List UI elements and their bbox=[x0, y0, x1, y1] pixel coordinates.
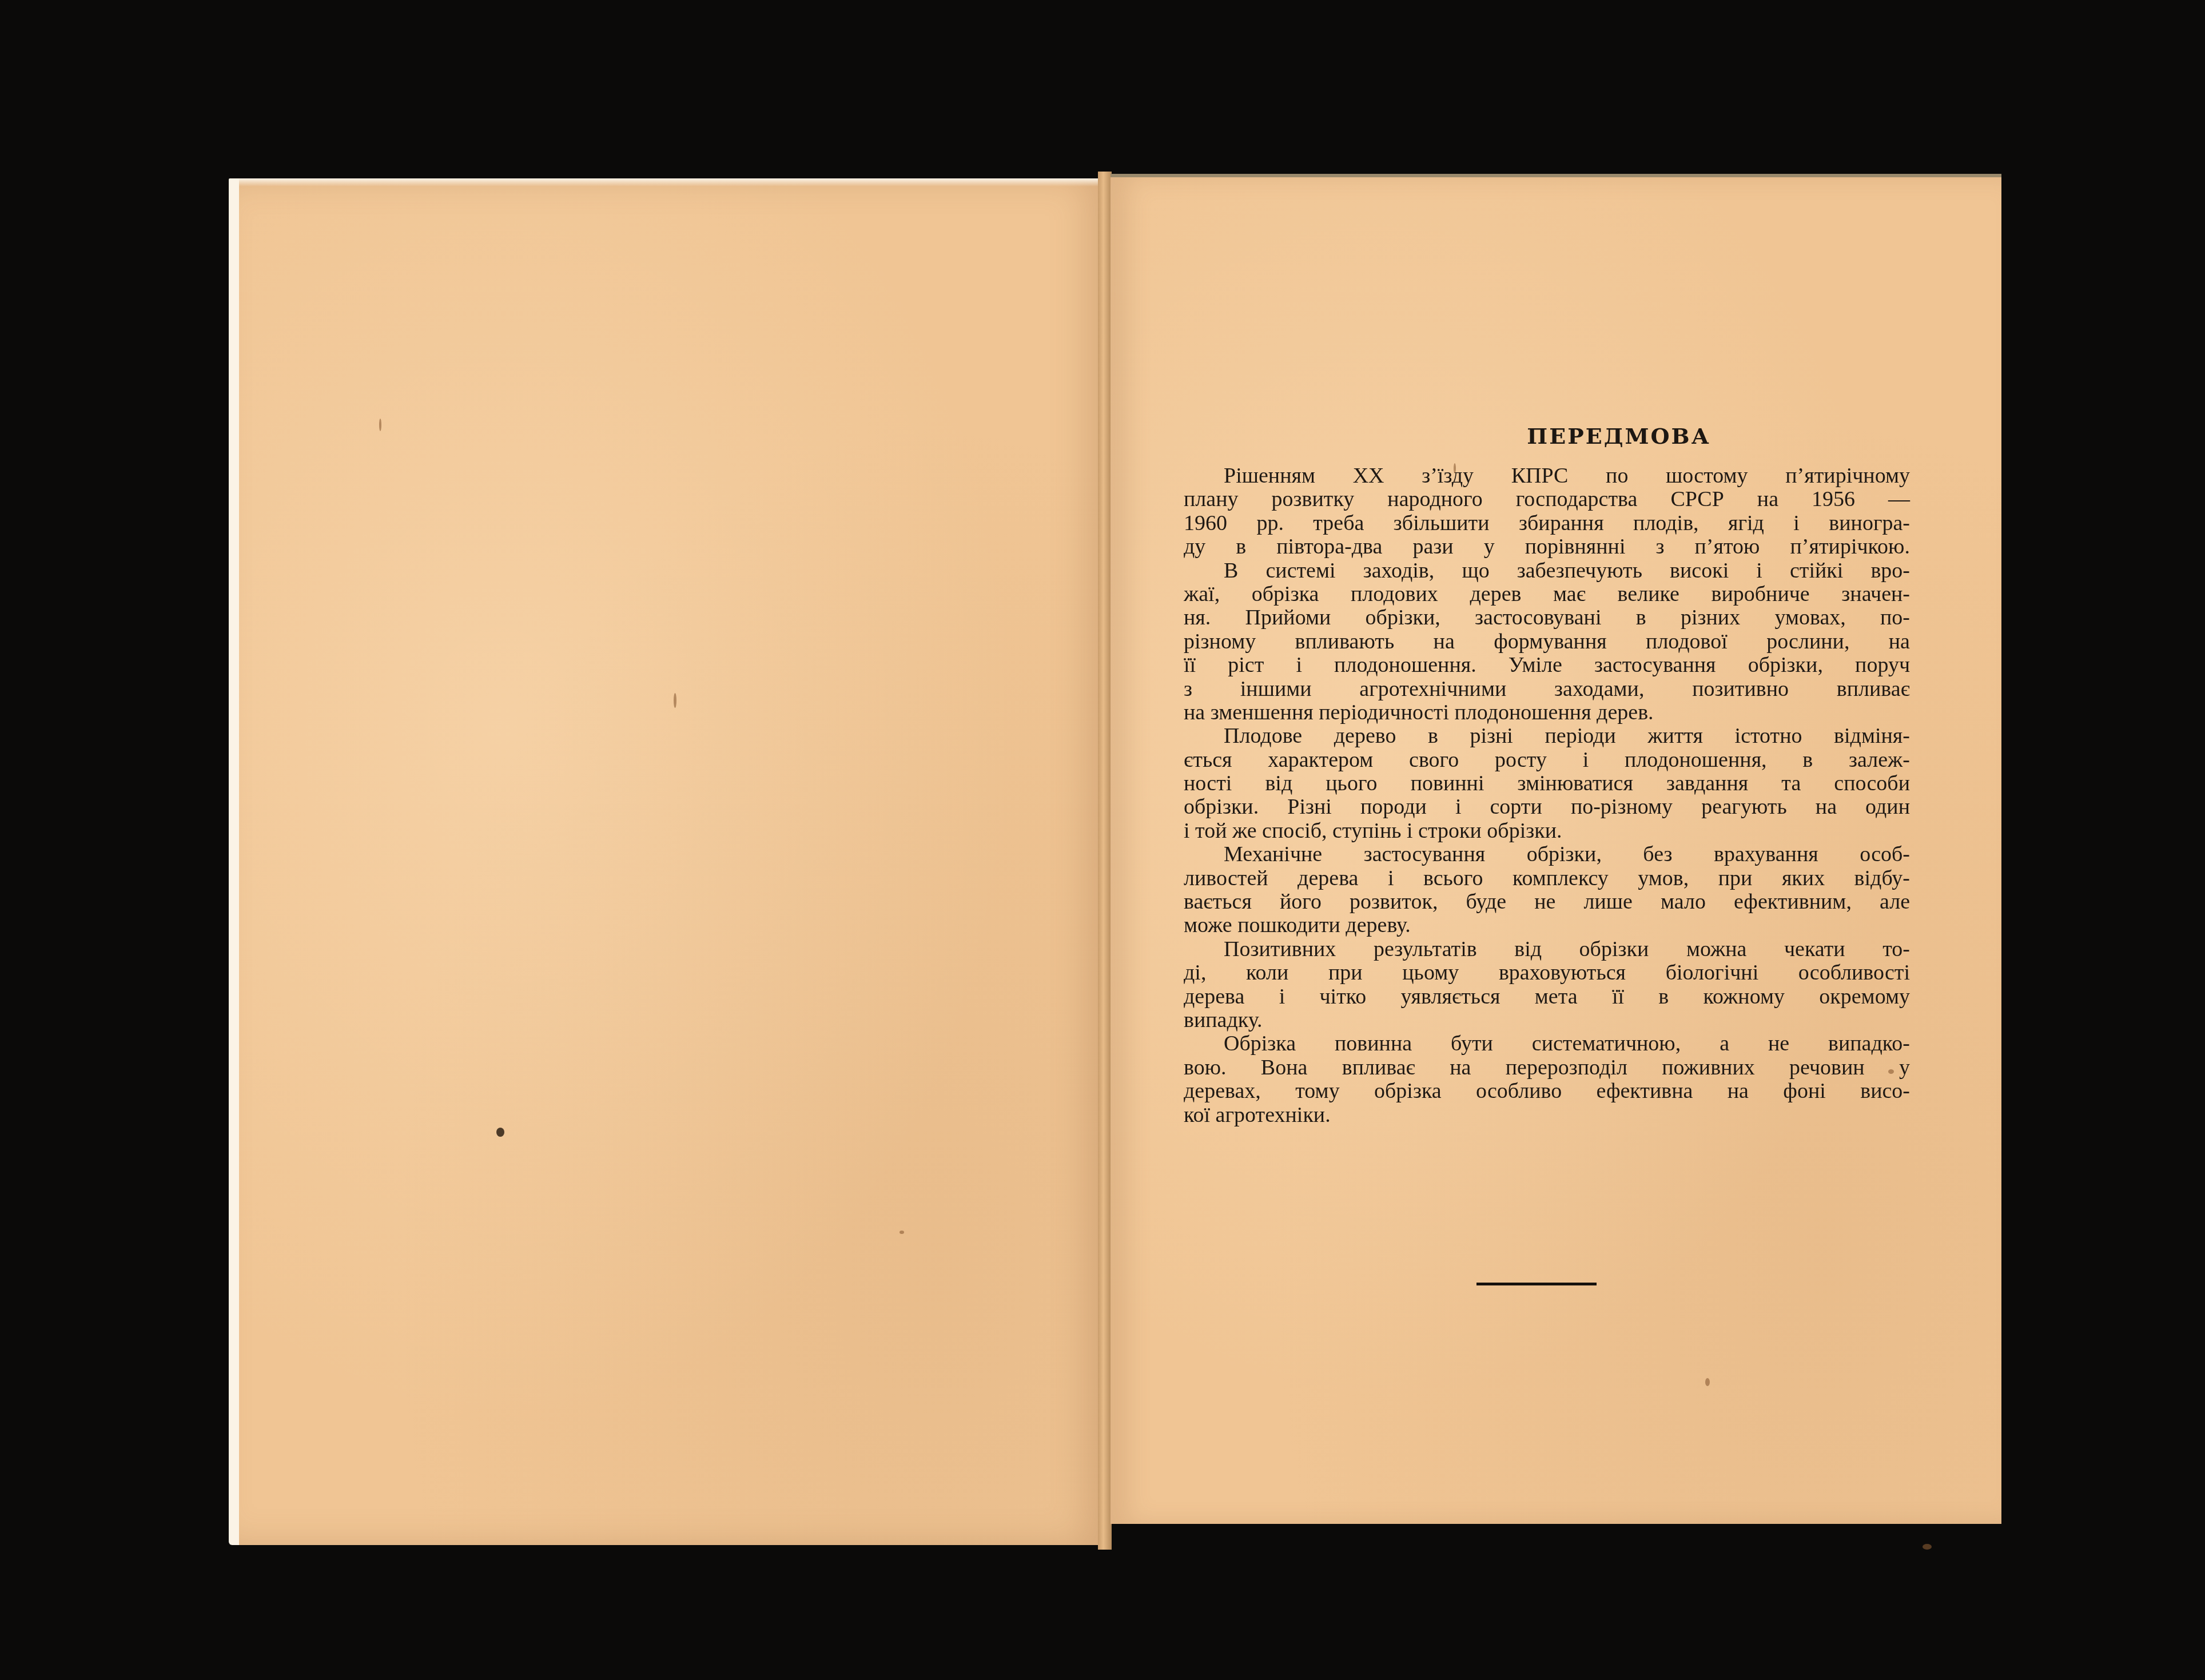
text-line: і той же спосіб, ступінь і строки обрізк… bbox=[1184, 819, 1910, 843]
text-line: ності від цього повинні змінюватися завд… bbox=[1184, 772, 1910, 795]
paragraph-3: Плодове дерево в різні періоди життя іст… bbox=[1184, 724, 1910, 843]
preface-body: Рішенням XX з’їзду КПРС по шостому п’яти… bbox=[1184, 464, 1910, 1127]
text-line: з іншими агротехнічними заходами, позити… bbox=[1184, 678, 1910, 701]
text-line: дерева і чітко уявляється мета її в кожн… bbox=[1184, 985, 1910, 1009]
text-line: ді, коли при цьому враховуються біологіч… bbox=[1184, 961, 1910, 985]
text-line: вою. Вона впливає на перерозподіл поживн… bbox=[1184, 1056, 1910, 1080]
left-page bbox=[229, 178, 1109, 1545]
text-line: вається його розвиток, буде не лише мало… bbox=[1184, 890, 1910, 914]
text-line: ня. Прийоми обрізки, застосовувані в різ… bbox=[1184, 606, 1910, 630]
paragraph-4: Механічне застосування обрізки, без врах… bbox=[1184, 843, 1910, 938]
text-line: Позитивних результатів від обрізки можна… bbox=[1184, 938, 1910, 961]
paper-speck bbox=[899, 1231, 904, 1234]
text-line: її ріст і плодоношення. Уміле застосуван… bbox=[1184, 654, 1910, 677]
paper-speck bbox=[674, 693, 676, 708]
text-line: на зменшення періодичності плодоношення … bbox=[1184, 701, 1910, 724]
text-line: може пошкодити дереву. bbox=[1184, 914, 1910, 937]
text-line: випадку. bbox=[1184, 1009, 1910, 1032]
book-gutter bbox=[1098, 172, 1112, 1550]
text-line: ду в півтора-два рази у порівнянні з п’я… bbox=[1184, 535, 1910, 559]
text-line: ливостей дерева і всього комплексу умов,… bbox=[1184, 867, 1910, 890]
text-line: В системі заходів, що забезпечують висок… bbox=[1184, 559, 1910, 583]
text-line: деревах, тому обрізка особливо ефективна… bbox=[1184, 1080, 1910, 1103]
paper-speck bbox=[1923, 1544, 1932, 1550]
text-line: різному впливають на формування плодової… bbox=[1184, 630, 1910, 654]
paragraph-1: Рішенням XX з’їзду КПРС по шостому п’яти… bbox=[1184, 464, 1910, 559]
paragraph-6: Обрізка повинна бути систематичною, а не… bbox=[1184, 1032, 1910, 1127]
text-line: кої агротехніки. bbox=[1184, 1104, 1910, 1127]
paper-speck bbox=[1888, 1069, 1894, 1074]
text-line: 1960 рр. треба збільшити збирання плодів… bbox=[1184, 512, 1910, 535]
text-line: Механічне застосування обрізки, без врах… bbox=[1184, 843, 1910, 866]
text-line: обрізки. Різні породи і сорти по-різному… bbox=[1184, 795, 1910, 819]
text-line: Плодове дерево в різні періоди життя іст… bbox=[1184, 724, 1910, 748]
paragraph-5: Позитивних результатів від обрізки можна… bbox=[1184, 938, 1910, 1033]
page-title: ПЕРЕДМОВА bbox=[1173, 423, 2064, 449]
paper-speck bbox=[379, 419, 381, 431]
paragraph-2: В системі заходів, що забезпечують висок… bbox=[1184, 559, 1910, 725]
text-line: Рішенням XX з’їзду КПРС по шостому п’яти… bbox=[1184, 464, 1910, 488]
left-page-top-edge bbox=[239, 178, 1109, 186]
paper-speck bbox=[1705, 1378, 1710, 1386]
right-page: ПЕРЕДМОВА Рішенням XX з’їзду КПРС по шос… bbox=[1111, 174, 2001, 1524]
paper-speck bbox=[496, 1128, 504, 1137]
text-line: плану розвитку народного господарства СР… bbox=[1184, 488, 1910, 511]
text-line: жаї, обрізка плодових дерев має велике в… bbox=[1184, 583, 1910, 606]
paper-speck bbox=[1454, 463, 1456, 473]
section-divider bbox=[1476, 1283, 1597, 1285]
text-line: ється характером свого росту і плодоноше… bbox=[1184, 749, 1910, 772]
text-line: Обрізка повинна бути систематичною, а не… bbox=[1184, 1032, 1910, 1056]
